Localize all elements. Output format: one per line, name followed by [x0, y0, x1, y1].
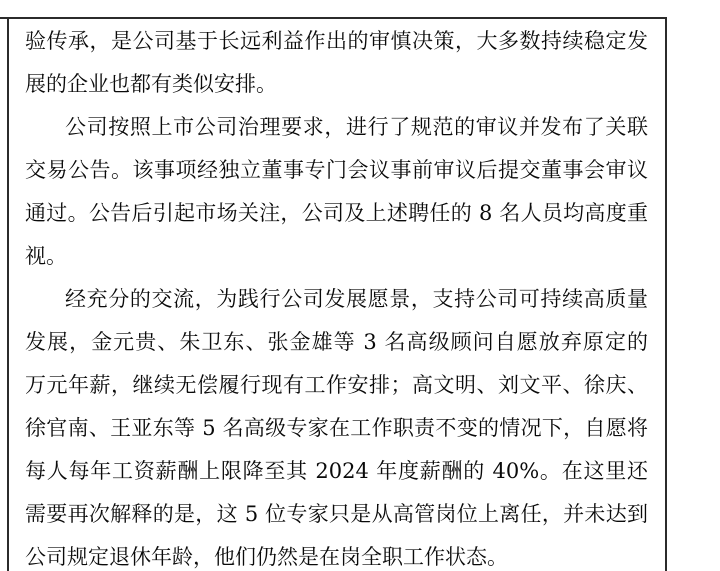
text-line: 验传承，是公司基于长远利益作出的审慎决策，大多数持续稳定发 [25, 20, 648, 63]
text-line: 公司规定退休年龄，他们仍然是在岗全职工作状态。 [25, 536, 648, 571]
document-page: 验传承，是公司基于长远利益作出的审慎决策，大多数持续稳定发展的企业也都有类似安排… [0, 0, 720, 571]
text-line: 通过。公告后引起市场关注，公司及上述聘任的 8 名人员均高度重 [25, 192, 648, 235]
text-line: 发展，金元贵、朱卫东、张金雄等 3 名高级顾问自愿放弃原定的 30 [25, 321, 648, 364]
text-line: 需要再次解释的是，这 5 位专家只是从高管岗位上离任，并未达到 [25, 493, 648, 536]
text-line: 视。 [25, 235, 648, 278]
text-line: 万元年薪，继续无偿履行现有工作安排；高文明、刘文平、徐庆、 [25, 364, 648, 407]
text-line: 公司按照上市公司治理要求，进行了规范的审议并发布了关联 [25, 106, 648, 149]
text-line: 交易公告。该事项经独立董事专门会议事前审议后提交董事会审议 [25, 149, 648, 192]
text-line: 徐官南、王亚东等 5 名高级专家在工作职责不变的情况下，自愿将 [25, 407, 648, 450]
table-cell-border-right [665, 17, 667, 571]
table-cell-border-left [7, 17, 9, 571]
text-line: 展的企业也都有类似安排。 [25, 63, 648, 106]
text-line: 经充分的交流，为践行公司发展愿景，支持公司可持续高质量 [25, 278, 648, 321]
document-text-block: 验传承，是公司基于长远利益作出的审慎决策，大多数持续稳定发展的企业也都有类似安排… [25, 20, 648, 571]
table-cell-border-top [0, 17, 667, 19]
text-line: 每人每年工资薪酬上限降至其 2024 年度薪酬的 40%。在这里还是 [25, 450, 648, 493]
